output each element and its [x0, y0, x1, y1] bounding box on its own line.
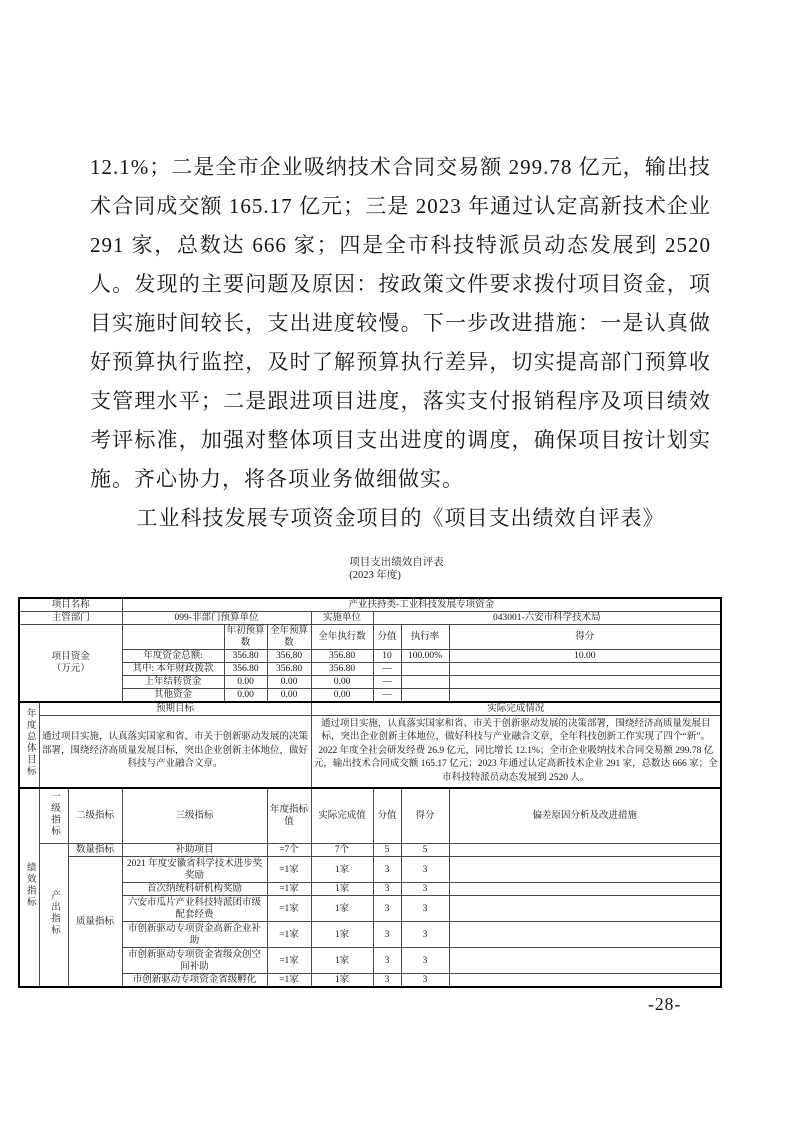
empty-cell — [122, 625, 224, 650]
score-cell: 3 — [401, 883, 449, 896]
funds-initial: 0.00 — [224, 689, 267, 703]
expected-goal-header: 预期目标 — [39, 702, 311, 716]
actual-cell: 1家 — [311, 922, 373, 948]
funds-row-fiscal: 其中: 本年财政拨款 356.80 356.80 356.80 — — [19, 663, 721, 676]
funds-fullyear: 356.80 — [267, 650, 311, 663]
level1-output-indicator: 产出指标 — [39, 844, 68, 988]
indicator-row: 产出指标 数量指标 补助项目 =7个 7个 5 5 — [19, 844, 721, 857]
annual-goal-row-label-text: 年度总体目标 — [24, 708, 35, 777]
impl-unit-value: 043001-六安市科学技术局 — [373, 612, 721, 625]
funds-header-score: 得分 — [449, 625, 721, 650]
funds-fullyear: 0.00 — [267, 689, 311, 703]
weight-cell: 3 — [373, 974, 401, 988]
funds-header-fullyear: 全年预算数 — [267, 625, 311, 650]
score-cell: 3 — [401, 922, 449, 948]
deviation-cell — [449, 844, 721, 857]
performance-self-evaluation-table: 项目名称 产业扶持类-工业科技发展专项资金 主管部门 099-非部门预算单位 实… — [18, 597, 722, 988]
weight-cell: 3 — [373, 922, 401, 948]
weight-cell: 3 — [373, 896, 401, 922]
level3-cell: 补助项目 — [122, 844, 267, 857]
funds-header-rate: 执行率 — [401, 625, 449, 650]
level3-cell: 市创新驱动专项资金省级孵化 — [122, 974, 267, 988]
table-title-block: 项目支出绩效自评表 (2023 年度) — [349, 556, 444, 582]
funds-score — [449, 676, 721, 689]
department-label: 主管部门 — [19, 612, 122, 625]
target-cell: =1家 — [267, 922, 311, 948]
header-weight: 分值 — [373, 788, 401, 844]
target-cell: =1家 — [267, 948, 311, 974]
funds-header-initial: 年初预算数 — [224, 625, 267, 650]
table-subtitle: (2023 年度) — [349, 569, 444, 582]
score-cell: 3 — [401, 948, 449, 974]
header-level2: 二级指标 — [68, 788, 122, 844]
funds-row-label: 项目资金 （万元） — [19, 625, 122, 703]
funds-executed: 0.00 — [311, 676, 373, 689]
department-value: 099-非部门预算单位 — [122, 612, 311, 625]
level3-cell: 六安市瓜片产业科技特派团市级配套经费 — [122, 896, 267, 922]
funds-label: 其中: 本年财政拨款 — [122, 663, 224, 676]
funds-initial: 0.00 — [224, 676, 267, 689]
weight-cell: 3 — [373, 857, 401, 883]
header-score: 得分 — [401, 788, 449, 844]
indicator-row: 市创新驱动专项资金高新企业补助 =1家 1家 3 3 — [19, 922, 721, 948]
target-cell: =1家 — [267, 896, 311, 922]
indicator-row: 市创新驱动专项资金省级众创空间补助 =1家 1家 3 3 — [19, 948, 721, 974]
indicators-row-label: 绩效指标 — [19, 788, 39, 988]
document-page: 12.1%；二是全市企业吸纳技术合同交易额 299.78 亿元，输出技术合同成交… — [0, 0, 793, 1122]
funds-row-label-line1: 项目资金 — [22, 651, 120, 663]
actual-cell: 1家 — [311, 883, 373, 896]
level3-cell: 市创新驱动专项资金省级众创空间补助 — [122, 948, 267, 974]
actual-cell: 7个 — [311, 844, 373, 857]
funds-rate — [401, 663, 449, 676]
score-cell: 3 — [401, 974, 449, 988]
header-target: 年度指标值 — [267, 788, 311, 844]
actual-cell: 1家 — [311, 974, 373, 988]
score-cell: 5 — [401, 844, 449, 857]
body-text-block: 12.1%；二是全市企业吸纳技术合同交易额 299.78 亿元，输出技术合同成交… — [90, 148, 711, 538]
funds-score — [449, 663, 721, 676]
funds-executed: 0.00 — [311, 689, 373, 703]
funds-header-executed: 全年执行数 — [311, 625, 373, 650]
header-level3: 三级指标 — [122, 788, 267, 844]
header-deviation: 偏差原因分析及改进措施 — [449, 788, 721, 844]
actual-cell: 1家 — [311, 896, 373, 922]
indicator-row: 质量指标 2021 年度安徽省科学技术进步奖奖励 =1家 1家 3 3 — [19, 857, 721, 883]
indicator-row: 市创新驱动专项资金省级孵化 =1家 1家 3 3 — [19, 974, 721, 988]
actual-cell: 1家 — [311, 857, 373, 883]
header-level1: 一级指标 — [39, 788, 68, 844]
weight-cell: 3 — [373, 883, 401, 896]
funds-row-carryover: 上年结转资金 0.00 0.00 0.00 — — [19, 676, 721, 689]
deviation-cell — [449, 896, 721, 922]
funds-rate — [401, 676, 449, 689]
funds-header-weight: 分值 — [373, 625, 401, 650]
funds-label: 其他资金 — [122, 689, 224, 703]
funds-weight: — — [373, 689, 401, 703]
funds-weight: — — [373, 663, 401, 676]
funds-weight: — — [373, 676, 401, 689]
funds-fullyear: 356.80 — [267, 663, 311, 676]
actual-cell: 1家 — [311, 948, 373, 974]
score-cell: 3 — [401, 896, 449, 922]
level3-cell: 首次纳统科研机构奖励 — [122, 883, 267, 896]
deviation-cell — [449, 883, 721, 896]
project-name-value: 产业扶持类-工业科技发展专项资金 — [122, 598, 721, 612]
target-cell: =1家 — [267, 883, 311, 896]
funds-row-total: 年度资金总额: 356.80 356.80 356.80 10 100.00% … — [19, 650, 721, 663]
funds-weight: 10 — [373, 650, 401, 663]
level2-quality-indicator: 质量指标 — [68, 857, 122, 988]
funds-row-label-line2: （万元） — [22, 663, 120, 675]
funds-label: 年度资金总额: — [122, 650, 224, 663]
actual-completion-header: 实际完成情况 — [311, 702, 721, 716]
deviation-cell — [449, 974, 721, 988]
funds-label: 上年结转资金 — [122, 676, 224, 689]
funds-rate — [401, 689, 449, 703]
target-cell: =1家 — [267, 974, 311, 988]
level3-cell: 2021 年度安徽省科学技术进步奖奖励 — [122, 857, 267, 883]
funds-initial: 356.80 — [224, 663, 267, 676]
header-level1-text: 一级指标 — [48, 791, 59, 837]
funds-fullyear: 0.00 — [267, 676, 311, 689]
weight-cell: 5 — [373, 844, 401, 857]
expected-goal-text: 通过项目实施，认真落实国家和省、市关于创新驱动发展的决策部署，围绕经济高质量发展… — [39, 716, 311, 788]
level3-cell: 市创新驱动专项资金高新企业补助 — [122, 922, 267, 948]
target-cell: =7个 — [267, 844, 311, 857]
indicator-row: 六安市瓜片产业科技特派团市级配套经费 =1家 1家 3 3 — [19, 896, 721, 922]
score-cell: 3 — [401, 857, 449, 883]
project-name-label: 项目名称 — [19, 598, 122, 612]
weight-cell: 3 — [373, 948, 401, 974]
funds-score — [449, 689, 721, 703]
annual-goal-row-label: 年度总体目标 — [19, 702, 39, 788]
deviation-cell — [449, 948, 721, 974]
deviation-cell — [449, 857, 721, 883]
funds-rate: 100.00% — [401, 650, 449, 663]
funds-executed: 356.80 — [311, 663, 373, 676]
funds-row-other: 其他资金 0.00 0.00 0.00 — — [19, 689, 721, 703]
funds-score: 10.00 — [449, 650, 721, 663]
funds-executed: 356.80 — [311, 650, 373, 663]
page-number: -28- — [648, 994, 681, 1015]
section-heading: 工业科技发展专项资金项目的《项目支出绩效自评表》 — [90, 499, 711, 538]
impl-unit-label: 实施单位 — [311, 612, 373, 625]
actual-completion-text: 通过项目实施，认真落实国家和省、市关于创新驱动发展的决策部署，围绕经济高质量发展… — [311, 716, 721, 788]
table-title: 项目支出绩效自评表 — [349, 556, 444, 569]
body-paragraph: 12.1%；二是全市企业吸纳技术合同交易额 299.78 亿元，输出技术合同成交… — [90, 148, 711, 499]
target-cell: =1家 — [267, 857, 311, 883]
indicators-row-label-text: 绩效指标 — [24, 862, 35, 908]
deviation-cell — [449, 922, 721, 948]
table-title-wrap: 项目支出绩效自评表 (2023 年度) — [0, 556, 793, 583]
level1-output-indicator-text: 产出指标 — [48, 890, 59, 936]
indicator-row: 首次纳统科研机构奖励 =1家 1家 3 3 — [19, 883, 721, 896]
funds-initial: 356.80 — [224, 650, 267, 663]
level2-cell: 数量指标 — [68, 844, 122, 857]
header-actual: 实际完成值 — [311, 788, 373, 844]
